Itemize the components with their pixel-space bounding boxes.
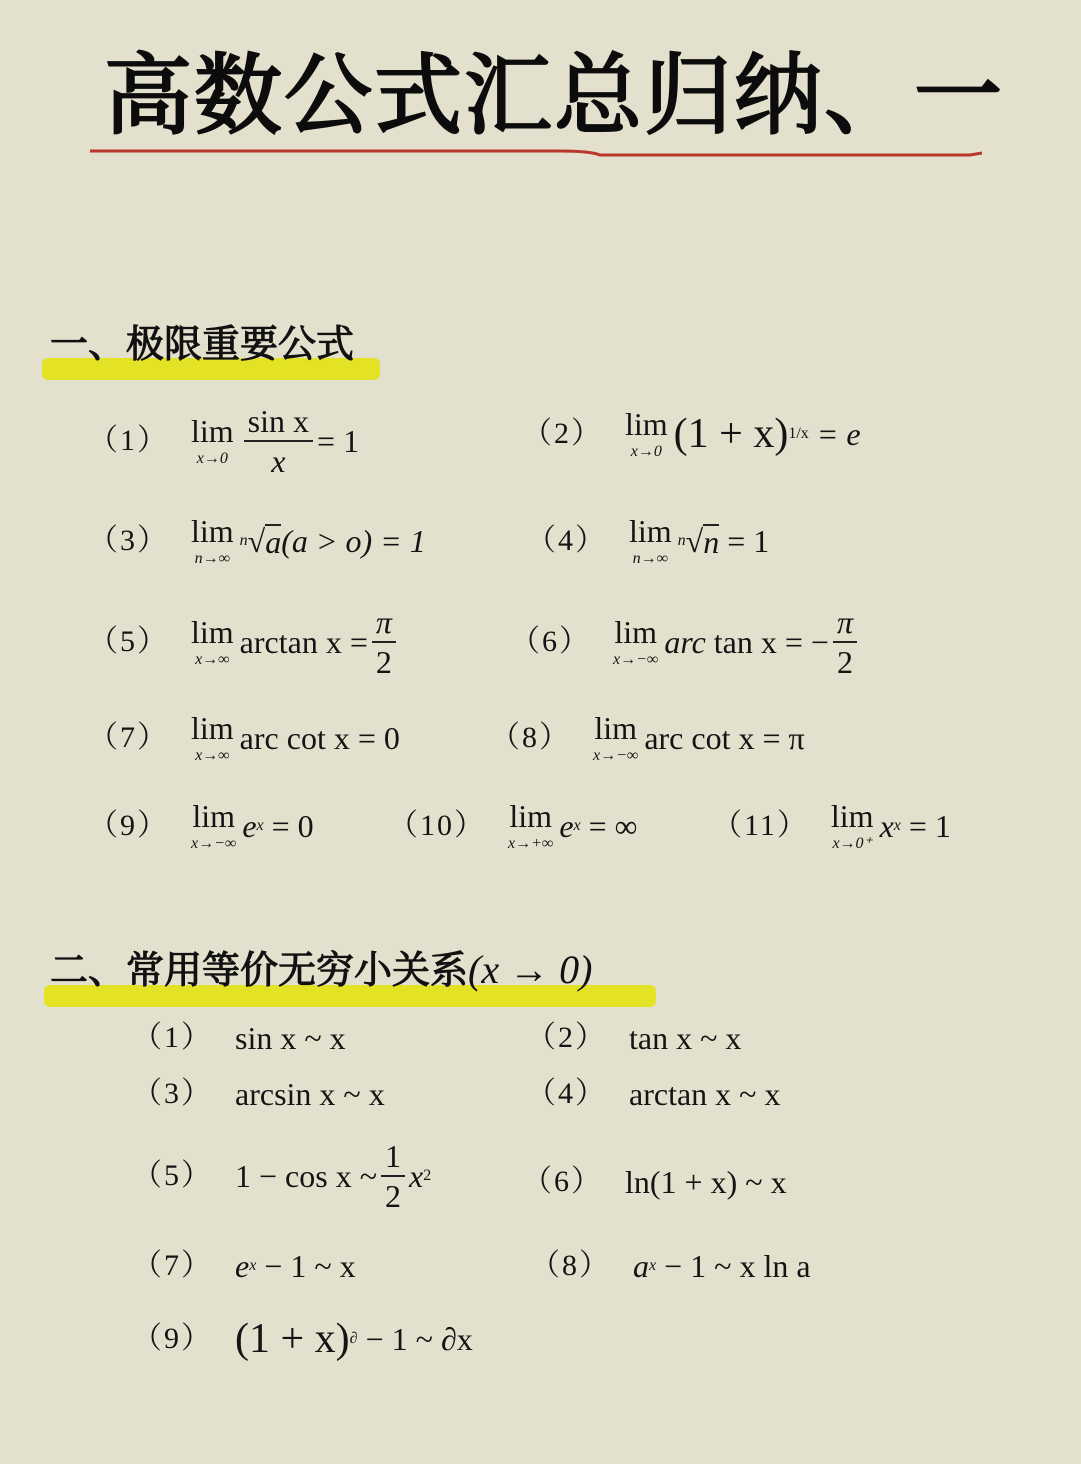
formula-1-2: （2） limx→0 (1 + x)1/x = e — [522, 408, 861, 460]
formula-1-9: （9） limx→−∞ ex = 0 — [88, 800, 314, 852]
formula-2-9: （9）(1 + x)∂ − 1 ~ ∂x — [132, 1318, 473, 1360]
section2-heading: 二、常用等价无穷小关系(x → 0) — [50, 950, 592, 990]
formula-2-8: （8）ax − 1 ~ x ln a — [530, 1250, 811, 1282]
formula-1-4: （4） limn→∞ n√n = 1 — [526, 515, 769, 567]
formula-2-1: （1）sin x ~ x — [132, 1022, 346, 1054]
formula-2-6: （6）ln(1 + x) ~ x — [522, 1166, 787, 1198]
formula-1-7: （7） limx→∞ arc cot x = 0 — [88, 712, 400, 764]
formula-1-3: （3） limn→∞ n√a (a > o) = 1 — [88, 515, 426, 567]
formula-1-1: （1） limx→0 sin xx = 1 — [88, 405, 359, 477]
formula-2-3: （3）arcsin x ~ x — [132, 1078, 385, 1110]
formula-1-6: （6） limx→−∞ arc tan x = − π2 — [510, 606, 861, 678]
formula-2-4: （4）arctan x ~ x — [526, 1078, 780, 1110]
formula-2-2: （2）tan x ~ x — [526, 1022, 741, 1054]
formula-1-5: （5） limx→∞ arctan x = π2 — [88, 606, 400, 678]
section1-heading: 一、极限重要公式 — [50, 325, 354, 363]
formula-2-5: （5）1 − cos x ~ 12 x2 — [132, 1140, 431, 1212]
formula-1-11: （11） limx→0⁺ xx = 1 — [712, 800, 951, 852]
formula-2-7: （7）ex − 1 ~ x — [132, 1250, 356, 1282]
formula-1-10: （10） limx→+∞ ex = ∞ — [388, 800, 637, 852]
title-underline — [90, 148, 982, 158]
formula-1-8: （8） limx→−∞ arc cot x = π — [490, 712, 805, 764]
page-title: 高数公式汇总归纳、一 — [104, 52, 1004, 140]
